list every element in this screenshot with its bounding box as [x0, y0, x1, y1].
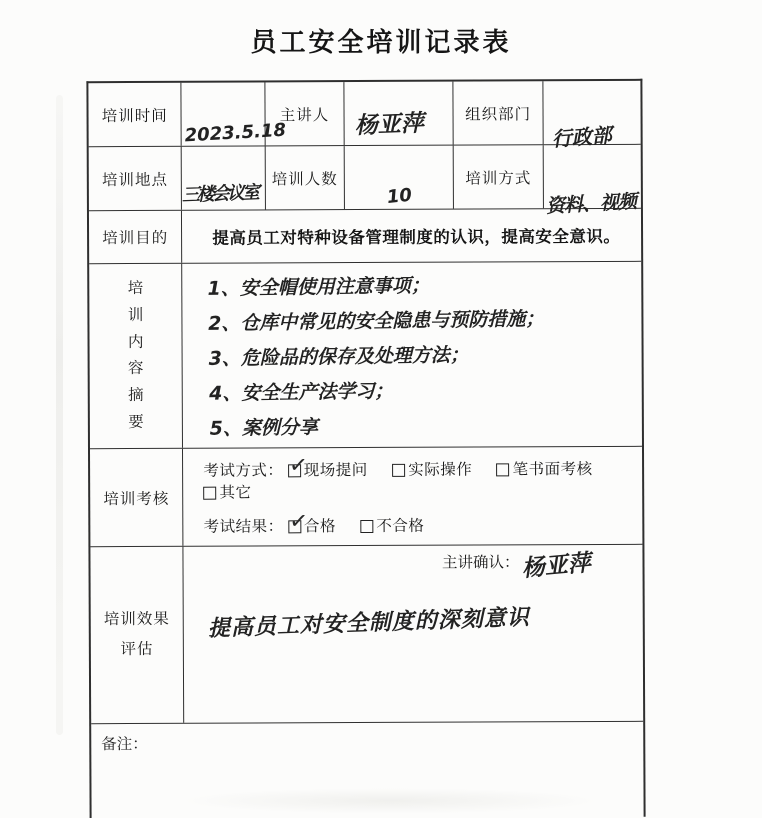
content-summary-body[interactable]: 1、安全帽使用注意事项； 2、仓库中常见的安全隐患与预防措施； 3、危险品的保存… — [182, 259, 643, 450]
option-label: 笔书面考核 — [513, 461, 593, 478]
remarks-label: 备注： — [101, 736, 148, 753]
table-row-effect: 培训效果 评估 提高员工对安全制度的深刻意识 — [90, 545, 643, 724]
speaker-value-cell[interactable]: 杨亚萍 — [345, 82, 454, 145]
speaker-label: 主讲人 — [265, 82, 345, 145]
option-label: 不合格 — [376, 518, 424, 535]
checkbox-icon[interactable]: ✓ — [392, 464, 405, 477]
training-record-table: 培训时间 2023.5.18 主讲人 杨亚萍 组织部门 行政部 培训地点 三楼会… — [86, 79, 645, 818]
table-row-content-summary: 培 训 内 容 摘 要 1、安全帽使用注意事项； 2、仓库中常见的安全隐患与预防… — [89, 262, 642, 449]
exam-method-option-other[interactable]: ✓其它 — [203, 485, 251, 502]
option-label: 合格 — [304, 518, 336, 535]
exam-result-option-fail[interactable]: ✓不合格 — [360, 518, 424, 535]
checkbox-icon[interactable]: ✓ — [497, 463, 510, 476]
training-purpose-value: 提高员工对特种设备管理制度的认识，提高安全意识。 — [182, 209, 641, 263]
checkbox-icon[interactable]: ✓ — [288, 464, 301, 477]
speaker-signature: 杨亚萍 — [354, 105, 424, 141]
content-label-char: 摘 — [128, 383, 144, 405]
training-purpose-label: 培训目的 — [89, 211, 183, 263]
effect-label-line: 培训效果 — [104, 605, 170, 635]
effect-evaluation-value: 提高员工对安全制度的深刻意识 — [208, 600, 531, 642]
training-place-value-cell[interactable]: 三楼会议室 — [182, 146, 266, 209]
training-place-label: 培训地点 — [89, 147, 183, 210]
content-label-char: 容 — [128, 356, 144, 378]
training-method-value-cell[interactable]: 资料、视频 — [543, 145, 641, 208]
scan-shadow — [56, 95, 63, 735]
check-mark-icon: ✓ — [288, 508, 309, 535]
option-label: 其它 — [219, 485, 251, 502]
org-department-value-cell[interactable]: 行政部 — [543, 81, 641, 144]
remarks-cell[interactable]: 备注： — [91, 722, 643, 818]
scanned-training-record-sheet: 员工安全培训记录表 培训时间 2023.5.18 主讲人 杨亚萍 组织部门 行政… — [0, 0, 762, 818]
trainee-count-value: 10 — [386, 185, 413, 209]
option-label: 现场提问 — [304, 462, 368, 479]
exam-result-line: 考试结果： ✓合格 ✓不合格 — [204, 513, 643, 537]
checkbox-icon[interactable]: ✓ — [360, 520, 373, 533]
content-label-char: 要 — [128, 410, 144, 432]
training-time-label: 培训时间 — [88, 83, 182, 146]
table-row-basic-1: 培训时间 2023.5.18 主讲人 杨亚萍 组织部门 行政部 — [88, 81, 640, 147]
option-label: 实际操作 — [408, 462, 472, 479]
exam-result-label: 考试结果： — [204, 518, 284, 535]
checkbox-icon[interactable]: ✓ — [203, 487, 216, 500]
content-label-char: 训 — [128, 303, 144, 325]
check-mark-icon: ✓ — [288, 452, 309, 479]
exam-method-line: 考试方式： ✓现场提问 ✓实际操作 ✓笔书面考核 ✓其它 — [203, 457, 642, 503]
training-time-value-cell[interactable]: 2023.5.18 — [182, 82, 266, 145]
content-item: 5、案例分享 — [210, 405, 643, 446]
table-row-basic-2: 培训地点 三楼会议室 培训人数 10 培训方式 资料、视频 — [89, 145, 641, 211]
exam-method-label: 考试方式： — [203, 462, 283, 479]
page-title: 员工安全培训记录表 — [0, 22, 762, 59]
checkbox-icon[interactable]: ✓ — [288, 520, 301, 533]
org-department-label: 组织部门 — [454, 81, 544, 144]
content-label-char: 内 — [128, 330, 144, 352]
exam-method-option-onsite[interactable]: ✓现场提问 — [288, 462, 372, 479]
assessment-label: 培训考核 — [90, 449, 184, 546]
table-row-remarks: 备注： — [91, 722, 643, 818]
content-summary-label: 培 训 内 容 摘 要 — [89, 264, 183, 448]
table-row-purpose: 培训目的 提高员工对特种设备管理制度的认识，提高安全意识。 — [89, 209, 641, 264]
trainee-count-label: 培训人数 — [265, 146, 345, 209]
training-place-value: 三楼会议室 — [182, 178, 258, 207]
effect-evaluation-body[interactable]: 提高员工对安全制度的深刻意识 — [184, 545, 643, 723]
trainee-count-value-cell[interactable]: 10 — [345, 146, 454, 209]
assessment-body: 考试方式： ✓现场提问 ✓实际操作 ✓笔书面考核 ✓其它 考试结果： — [183, 447, 642, 546]
exam-result-option-pass[interactable]: ✓合格 — [288, 518, 340, 535]
table-row-assessment: 培训考核 考试方式： ✓现场提问 ✓实际操作 ✓笔书面考核 ✓其它 — [90, 447, 642, 547]
effect-label-line: 评估 — [120, 635, 153, 665]
training-method-label: 培训方式 — [454, 145, 544, 208]
exam-method-option-written[interactable]: ✓笔书面考核 — [497, 461, 593, 478]
exam-method-option-practical[interactable]: ✓实际操作 — [392, 462, 476, 479]
effect-evaluation-label: 培训效果 评估 — [90, 547, 184, 723]
content-label-char: 培 — [128, 276, 144, 298]
